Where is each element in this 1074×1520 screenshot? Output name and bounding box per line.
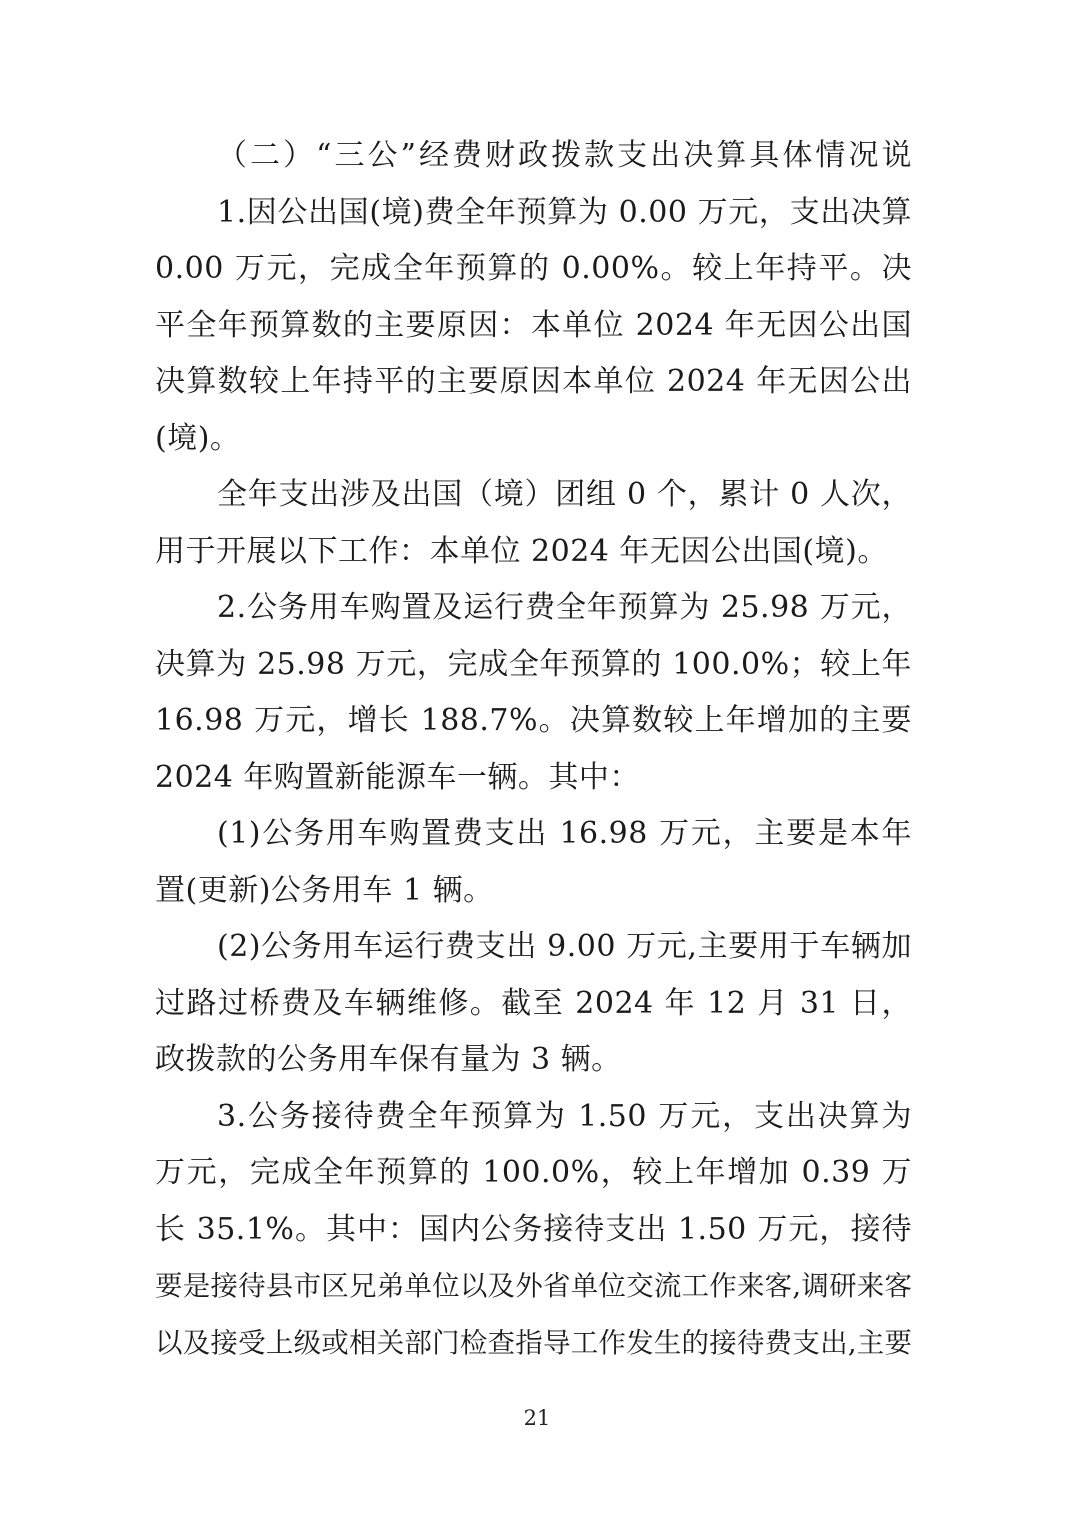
text-line: 政拨款的公务用车保有量为 3 辆。 [155, 1032, 912, 1089]
text-line: 0.00 万元，完成全年预算的 0.00%。较上年持平。决算数持 [155, 241, 912, 298]
text-line: 全年支出涉及出国（境）团组 0 个，累计 0 人次，主要 [155, 467, 912, 524]
text-line: (境)。 [155, 411, 912, 468]
text-line: 长 35.1%。其中：国内公务接待支出 1.50 万元，接待对象主 [155, 1202, 912, 1259]
text-line: 置(更新)公务用车 1 辆。 [155, 863, 912, 920]
text-line: 决算数较上年持平的主要原因本单位 2024 年无因公出国 [155, 354, 912, 411]
text-line: (2)公务用车运行费支出 9.00 万元,主要用于车辆加油， [155, 919, 912, 976]
document-body: （二）“三公”经费财政拨款支出决算具体情况说明。 1.因公出国(境)费全年预算为… [155, 128, 912, 1371]
text-line: 决算为 25.98 万元，完成全年预算的 100.0%；较上年增加 [155, 637, 912, 694]
text-line: (1)公务用车购置费支出 16.98 万元，主要是本年度购 [155, 806, 912, 863]
text-line: 要是接待县市区兄弟单位以及外省单位交流工作来客,调研来客 [155, 1258, 912, 1315]
text-line: 万元，完成全年预算的 100.0%，较上年增加 0.39 万元，增 [155, 1145, 912, 1202]
text-line: 过路过桥费及车辆维修。截至 2024 年 12 月 31 日，开支财 [155, 976, 912, 1033]
text-line: 平全年预算数的主要原因：本单位 2024 年无因公出国(境)。 [155, 298, 912, 355]
text-line: 3.公务接待费全年预算为 1.50 万元，支出决算为 1.50 [155, 1089, 912, 1146]
page-number: 21 [0, 1403, 1074, 1433]
text-line: 2.公务用车购置及运行费全年预算为 25.98 万元，支出 [155, 580, 912, 637]
section-heading: （二）“三公”经费财政拨款支出决算具体情况说明。 [155, 128, 912, 185]
text-line: 1.因公出国(境)费全年预算为 0.00 万元，支出决算为 [155, 185, 912, 242]
text-line: 2024 年购置新能源车一辆。其中： [155, 750, 912, 807]
text-line: 以及接受上级或相关部门检查指导工作发生的接待费支出,主要 [155, 1315, 912, 1372]
text-line: 16.98 万元，增长 188.7%。决算数较上年增加的主要原因: [155, 693, 912, 750]
document-page: （二）“三公”经费财政拨款支出决算具体情况说明。 1.因公出国(境)费全年预算为… [0, 0, 1074, 1520]
text-line: 用于开展以下工作：本单位 2024 年无因公出国(境)。 [155, 524, 912, 581]
